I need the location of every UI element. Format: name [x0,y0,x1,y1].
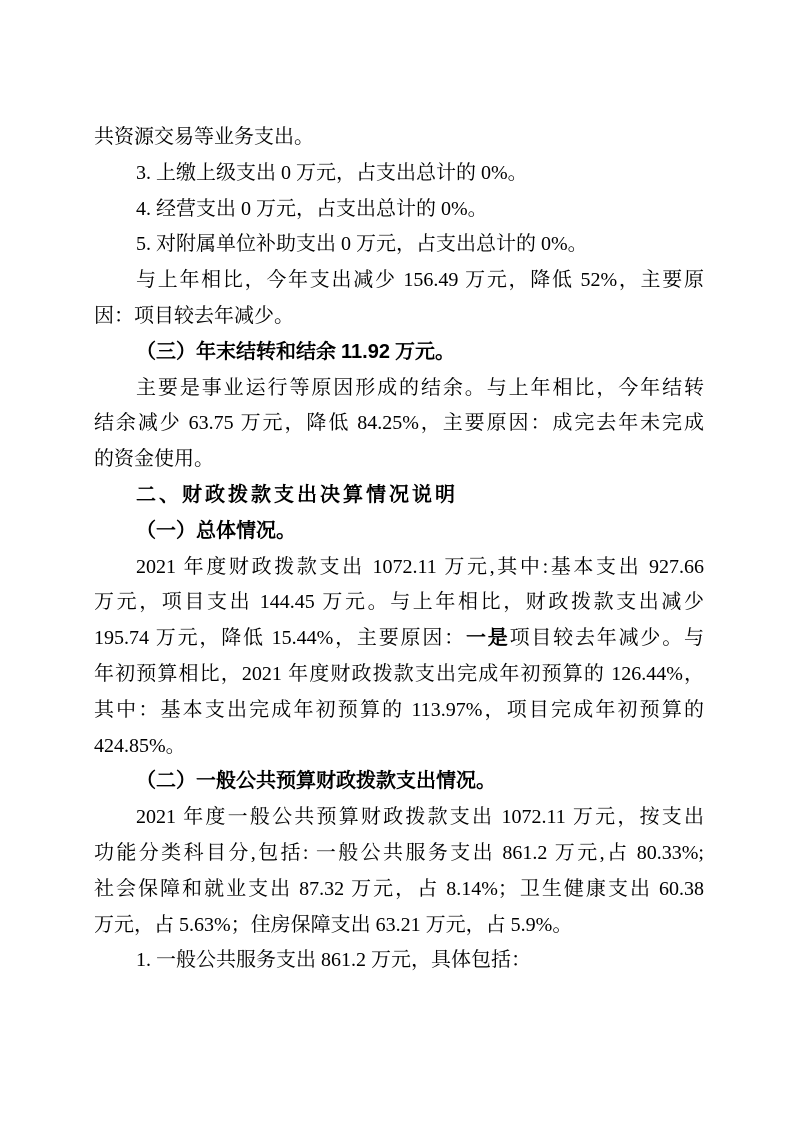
emphasis-segment: 11.92 [341,341,390,363]
text-segment: 万元，占 5.63%；住房保障支出 63.21 万元，占 5.9%。 [94,914,572,936]
text-segment: 的资金使用。 [94,448,214,470]
text-line-17: 424.85%。 [94,729,704,765]
text-segment: 195.74 万元，降低 15.44%，主要原因： [94,627,466,649]
text-line-12: 2021 年度财政拨款支出 1072.11 万元,其中:基本支出 927.66 [94,550,704,586]
text-segment: 424.85%。 [94,735,186,757]
text-segment: （二）一般公共预算财政拨款支出情况。 [136,770,496,792]
text-segment: 5. 对附属单位补助支出 0 万元，占支出总计的 0%。 [136,233,588,255]
text-segment: 项目较去年减少。与 [510,627,704,649]
text-segment: 主要是事业运行等原因形成的结余。与上年相比，今年结转 [136,377,704,399]
text-segment: 4. 经营支出 0 万元，占支出总计的 0%。 [136,198,488,220]
text-segment: 共资源交易等业务支出。 [94,126,314,148]
text-segment: 二、财政拨款支出决算情况说明 [136,484,458,506]
emphasis-segment: 一是 [466,627,510,649]
text-line-11: （一）总体情况。 [94,514,704,550]
text-segment: 万元。 [390,341,455,363]
text-segment: （三）年末结转和结余 [136,341,341,363]
text-line-10: 二、财政拨款支出决算情况说明 [94,478,704,514]
text-segment: （一）总体情况。 [136,520,296,542]
text-line-15: 年初预算相比，2021 年度财政拨款支出完成年初预算的 126.44%， [94,657,704,693]
text-segment: 2021 年度一般公共预算财政拨款支出 1072.11 万元，按支出 [136,806,704,828]
text-line-3: 5. 对附属单位补助支出 0 万元，占支出总计的 0%。 [94,227,704,263]
text-line-22: 万元，占 5.63%；住房保障支出 63.21 万元，占 5.9%。 [94,908,704,944]
text-line-9: 的资金使用。 [94,442,704,478]
text-line-4: 与上年相比，今年支出减少 156.49 万元，降低 52%，主要原 [94,263,704,299]
text-segment: 1. 一般公共服务支出 861.2 万元，具体包括： [136,949,531,971]
text-segment: 社会保障和就业支出 87.32 万元，占 8.14%；卫生健康支出 60.38 [94,878,704,900]
text-line-19: 2021 年度一般公共预算财政拨款支出 1072.11 万元，按支出 [94,800,704,836]
text-line-2: 4. 经营支出 0 万元，占支出总计的 0%。 [94,192,704,228]
text-line-20: 功能分类科目分,包括: 一般公共服务支出 861.2 万元,占 80.33%; [94,836,704,872]
text-line-16: 其中：基本支出完成年初预算的 113.97%，项目完成年初预算的 [94,693,704,729]
text-line-13: 万元，项目支出 144.45 万元。与上年相比，财政拨款支出减少 [94,585,704,621]
text-line-0: 共资源交易等业务支出。 [94,120,704,156]
text-line-1: 3. 上缴上级支出 0 万元，占支出总计的 0%。 [94,156,704,192]
text-segment: 结余减少 63.75 万元，降低 84.25%，主要原因：成完去年未完成 [94,412,704,434]
text-line-14: 195.74 万元，降低 15.44%，主要原因：一是项目较去年减少。与 [94,621,704,657]
text-segment: 2021 年度财政拨款支出 1072.11 万元,其中:基本支出 927.66 [136,556,704,578]
text-segment: 因：项目较去年减少。 [94,305,294,327]
text-line-23: 1. 一般公共服务支出 861.2 万元，具体包括： [94,943,704,979]
text-segment: 功能分类科目分,包括: 一般公共服务支出 861.2 万元,占 80.33%; [94,842,704,864]
text-line-18: （二）一般公共预算财政拨款支出情况。 [94,764,704,800]
document-content: 共资源交易等业务支出。3. 上缴上级支出 0 万元，占支出总计的 0%。4. 经… [94,120,704,979]
text-line-5: 因：项目较去年减少。 [94,299,704,335]
text-segment: 3. 上缴上级支出 0 万元，占支出总计的 0%。 [136,162,528,184]
text-segment: 年初预算相比，2021 年度财政拨款支出完成年初预算的 126.44%， [94,663,704,685]
text-line-6: （三）年末结转和结余 11.92 万元。 [94,335,704,371]
text-segment: 其中：基本支出完成年初预算的 113.97%，项目完成年初预算的 [94,699,704,721]
text-segment: 与上年相比，今年支出减少 156.49 万元，降低 52%，主要原 [136,269,704,291]
text-line-21: 社会保障和就业支出 87.32 万元，占 8.14%；卫生健康支出 60.38 [94,872,704,908]
text-line-8: 结余减少 63.75 万元，降低 84.25%，主要原因：成完去年未完成 [94,406,704,442]
text-line-7: 主要是事业运行等原因形成的结余。与上年相比，今年结转 [94,371,704,407]
document-page: 共资源交易等业务支出。3. 上缴上级支出 0 万元，占支出总计的 0%。4. 经… [0,0,793,1122]
text-segment: 万元，项目支出 144.45 万元。与上年相比，财政拨款支出减少 [94,591,704,613]
